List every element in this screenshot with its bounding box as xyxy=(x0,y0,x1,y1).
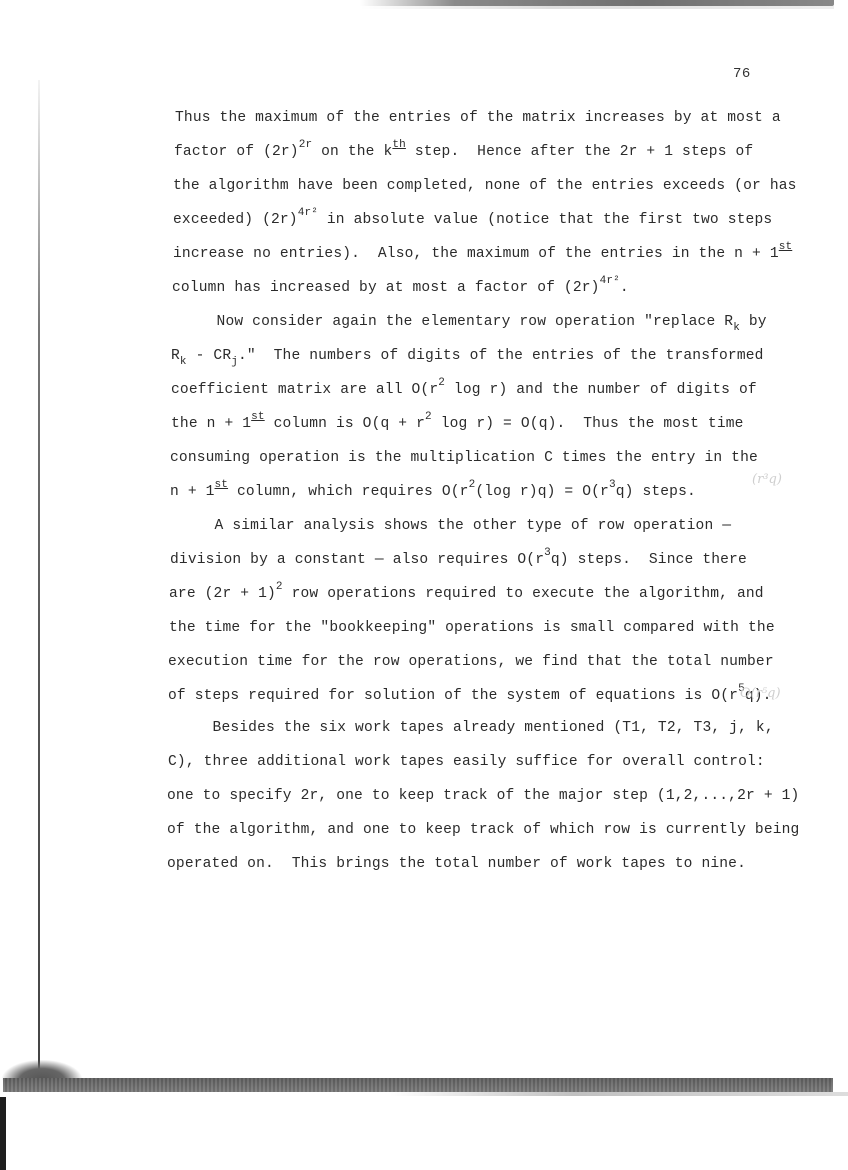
superscript: 3 xyxy=(544,547,551,559)
text-run: q) steps. xyxy=(616,484,696,500)
superscript: 4r² xyxy=(298,207,318,219)
text-run: - CR xyxy=(187,348,232,364)
text-line: factor of (2r)2r on the kth step. Hence … xyxy=(174,144,753,160)
text-run: column is O(q + r xyxy=(265,416,425,432)
text-line: Now consider again the elementary row op… xyxy=(172,314,767,330)
text-line: the time for the "bookkeeping" operation… xyxy=(169,620,775,636)
text-run: A similar analysis shows the other type … xyxy=(170,518,731,534)
ordinal-superscript: th xyxy=(392,139,406,151)
text-line: the algorithm have been completed, none … xyxy=(173,178,797,194)
text-line: division by a constant — also requires O… xyxy=(170,552,747,568)
text-run: of the algorithm, and one to keep track … xyxy=(167,822,799,838)
superscript: 2r xyxy=(299,139,313,151)
text-line: Rk - CRj." The numbers of digits of the … xyxy=(171,348,764,364)
text-run: in absolute value (notice that the first… xyxy=(318,212,772,228)
text-run: column has increased by at most a factor… xyxy=(172,280,600,296)
text-line: are (2r + 1)2 row operations required to… xyxy=(169,586,764,602)
text-run: one to specify 2r, one to keep track of … xyxy=(167,788,799,804)
text-run: . xyxy=(620,280,629,296)
text-line: C), three additional work tapes easily s… xyxy=(168,754,765,770)
text-line: coefficient matrix are all O(r2 log r) a… xyxy=(171,382,757,398)
text-run: step. Hence after the 2r + 1 steps of xyxy=(406,144,753,160)
margin-note: (r³q) xyxy=(752,472,782,487)
text-run: column, which requires O(r xyxy=(228,484,469,500)
text-run: of steps required for solution of the sy… xyxy=(168,688,738,704)
text-run: the n + 1 xyxy=(171,416,251,432)
text-run: Besides the six work tapes already menti… xyxy=(168,720,774,736)
text-run: execution time for the row operations, w… xyxy=(168,654,774,670)
text-run: n + 1 xyxy=(170,484,215,500)
text-run: log r) and the number of digits of xyxy=(445,382,757,398)
text-run: are (2r + 1) xyxy=(169,586,276,602)
text-run: row operations required to execute the a… xyxy=(283,586,764,602)
text-run: exceeded) (2r) xyxy=(173,212,298,228)
text-run: Now consider again the elementary row op… xyxy=(172,314,733,330)
text-run: log r) = O(q). Thus the most time xyxy=(432,416,744,432)
superscript: 2 xyxy=(425,411,432,423)
margin-note: O(r⁵q) xyxy=(740,686,781,701)
scan-left-bar xyxy=(0,1097,6,1170)
text-line: operated on. This brings the total numbe… xyxy=(167,856,746,872)
subscript: k xyxy=(733,322,740,334)
text-line: column has increased by at most a factor… xyxy=(172,280,629,296)
subscript: j xyxy=(231,356,238,368)
text-line: Thus the maximum of the entries of the m… xyxy=(175,110,781,126)
superscript: 2 xyxy=(438,377,445,389)
text-run: R xyxy=(171,348,180,364)
text-line: one to specify 2r, one to keep track of … xyxy=(167,788,799,804)
subscript: k xyxy=(180,356,187,368)
scan-bottom-shadow xyxy=(390,1092,848,1096)
text-line: n + 1st column, which requires O(r2(log … xyxy=(170,484,696,500)
text-run: factor of (2r) xyxy=(174,144,299,160)
scan-left-page-edge xyxy=(38,80,40,1070)
superscript: 4r² xyxy=(600,275,620,287)
page-number: 76 xyxy=(733,66,751,82)
text-line: execution time for the row operations, w… xyxy=(168,654,774,670)
text-line: of the algorithm, and one to keep track … xyxy=(167,822,799,838)
superscript: 3 xyxy=(609,479,616,491)
superscript: 2 xyxy=(276,581,283,593)
text-line: Besides the six work tapes already menti… xyxy=(168,720,774,736)
text-run: coefficient matrix are all O(r xyxy=(171,382,438,398)
scan-bottom-band xyxy=(3,1078,833,1092)
text-line: A similar analysis shows the other type … xyxy=(170,518,731,534)
ordinal-superscript: st xyxy=(215,479,229,491)
text-run: Thus the maximum of the entries of the m… xyxy=(175,110,781,126)
text-run: C), three additional work tapes easily s… xyxy=(168,754,765,770)
ordinal-superscript: st xyxy=(251,411,265,423)
text-run: the algorithm have been completed, none … xyxy=(173,178,797,194)
text-run: ." The numbers of digits of the entries … xyxy=(238,348,764,364)
text-line: of steps required for solution of the sy… xyxy=(168,688,772,704)
text-line: increase no entries). Also, the maximum … xyxy=(173,246,792,262)
scan-binding-flare xyxy=(2,1060,82,1080)
text-run: division by a constant — also requires O… xyxy=(170,552,544,568)
text-run: the time for the "bookkeeping" operation… xyxy=(169,620,775,636)
ordinal-superscript: st xyxy=(779,241,793,253)
text-run: operated on. This brings the total numbe… xyxy=(167,856,746,872)
text-line: the n + 1st column is O(q + r2 log r) = … xyxy=(171,416,744,432)
text-run: q) steps. Since there xyxy=(551,552,747,568)
text-run: (log r)q) = O(r xyxy=(475,484,609,500)
text-run: consuming operation is the multiplicatio… xyxy=(170,450,758,466)
text-run: by xyxy=(740,314,767,330)
scan-top-edge-shadow xyxy=(360,6,834,9)
text-run: increase no entries). Also, the maximum … xyxy=(173,246,779,262)
text-line: exceeded) (2r)4r² in absolute value (not… xyxy=(173,212,772,228)
text-run: on the k xyxy=(312,144,392,160)
text-line: consuming operation is the multiplicatio… xyxy=(170,450,758,466)
